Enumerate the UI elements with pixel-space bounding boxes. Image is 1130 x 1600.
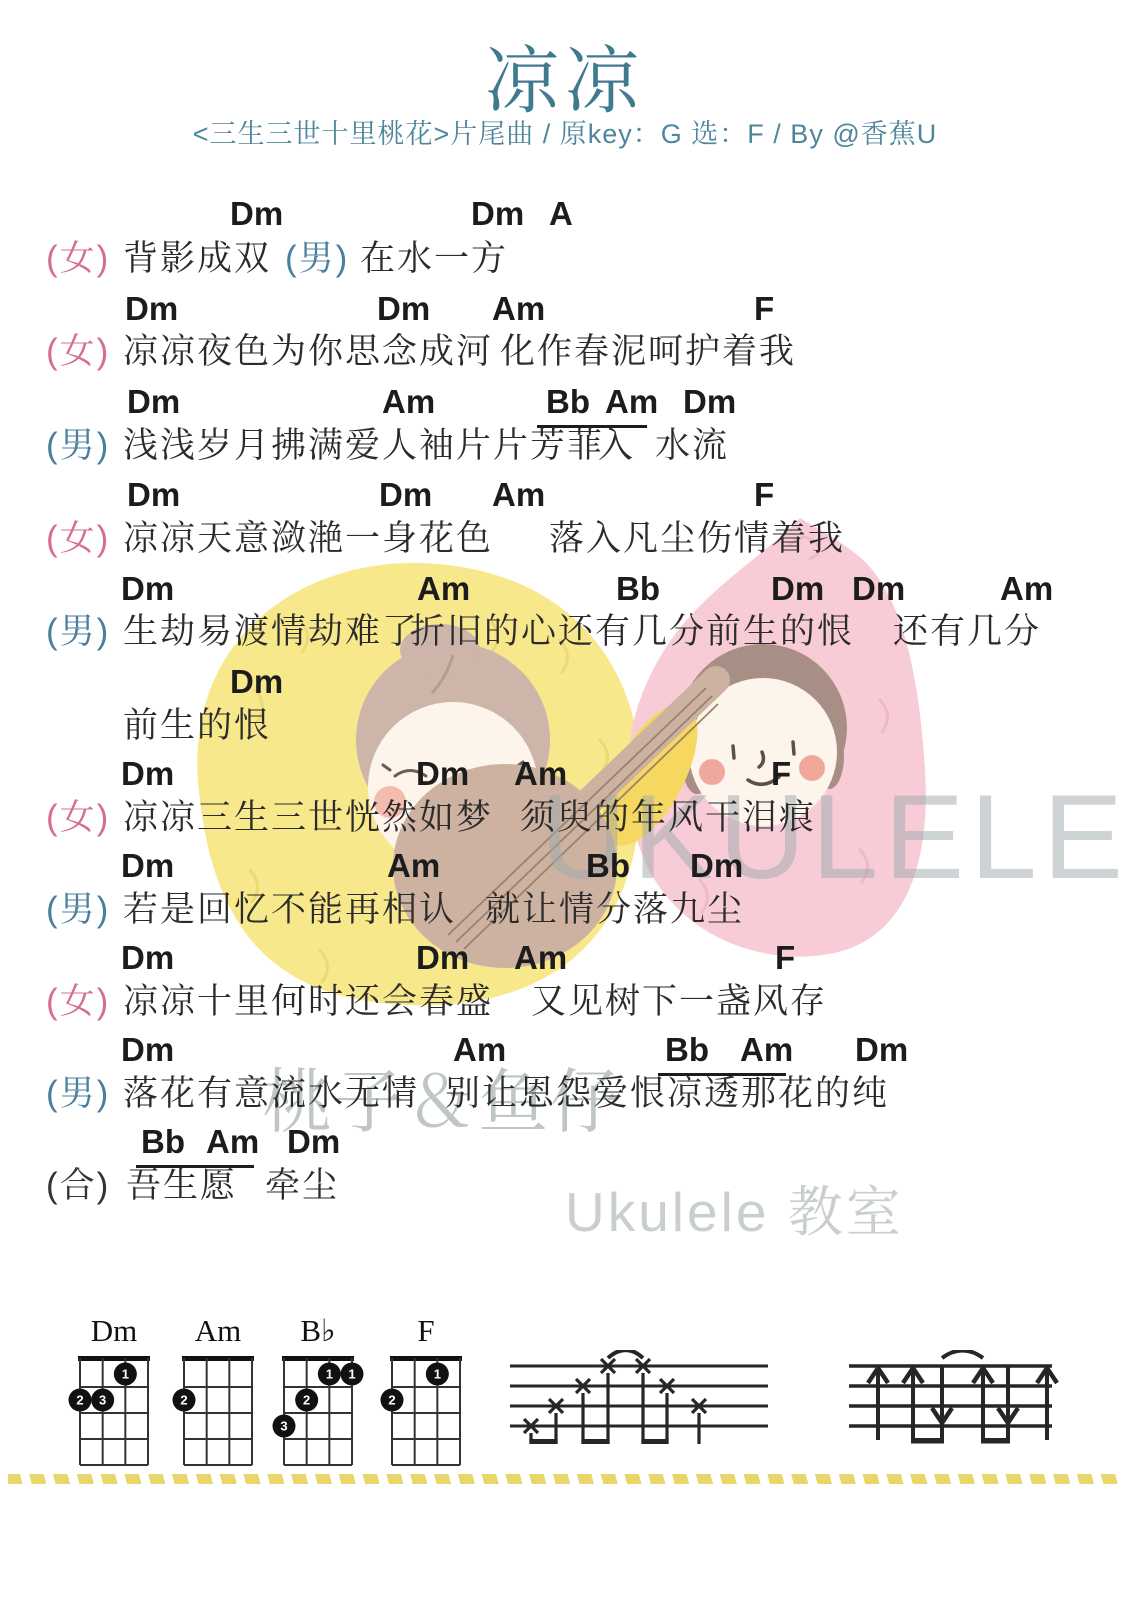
svg-text:2: 2: [388, 1393, 395, 1408]
lyric-segment: 入: [598, 427, 635, 466]
chord-label: Am: [453, 1033, 506, 1066]
chord-label: Am: [514, 757, 567, 790]
lyric-segment: 化作春泥呵护着我: [500, 333, 796, 372]
voice-tag-male: (男): [46, 1075, 110, 1114]
chord-diagram-name: Am: [172, 1312, 264, 1350]
chord-label: Am: [492, 292, 545, 325]
chord-label: A: [549, 197, 573, 230]
chord-label: Am: [382, 385, 435, 418]
chord-diagram-name: F: [380, 1312, 472, 1350]
chord-label: Am: [387, 849, 440, 882]
voice-tag-male: (男): [46, 427, 110, 466]
lyric-segment: 凉凉夜色为你思念成河: [123, 333, 493, 372]
lyric-segment: 水流: [655, 427, 729, 466]
chord-label: Am: [206, 1125, 259, 1158]
lyric-segment: 凉凉天意潋滟一身花色: [123, 520, 493, 559]
voice-tag-female: (女): [46, 520, 110, 559]
chord-label: Dm: [125, 292, 178, 325]
lyric-segment: 折旧的心还有几分前生的恨: [410, 613, 854, 652]
chord-label: Bb: [141, 1125, 185, 1158]
lyric-segment: 若是回忆不能再相认: [123, 891, 456, 930]
chord-label: F: [771, 757, 791, 790]
lyric-segment: 凉凉十里何时还会春盛: [123, 983, 493, 1022]
chord-label: Dm: [121, 757, 174, 790]
chord-label: Dm: [416, 941, 469, 974]
chord-label: F: [754, 292, 774, 325]
chord-label: Dm: [377, 292, 430, 325]
song-subtitle: <三生三世十里桃花>片尾曲 / 原key：G 选：F / By @香蕉U: [0, 112, 1130, 151]
chord-label: Dm: [471, 197, 524, 230]
svg-text:1: 1: [326, 1367, 333, 1382]
voice-tag-female: (女): [46, 799, 110, 838]
chord-label: Am: [740, 1033, 793, 1066]
chord-diagram-Am: Am2: [172, 1312, 264, 1473]
chord-diagram-Bb: B♭1123: [272, 1312, 364, 1473]
lyric-segment: 落入凡尘伤情着我: [549, 520, 845, 559]
chord-label: Dm: [852, 572, 905, 605]
lyric-segment: 落花有意流水无情: [123, 1075, 419, 1114]
chord-label: Am: [417, 572, 470, 605]
lyric-segment: 就让情分落九尘: [485, 891, 744, 930]
picking-pattern-tab: [495, 1350, 785, 1455]
strum-pattern-tab: [834, 1350, 1074, 1455]
voice-tag-female: (女): [46, 983, 110, 1022]
chord-label: Dm: [127, 385, 180, 418]
lyric-segment: 牵尘: [265, 1167, 339, 1206]
lyric-segment: 在水一方: [360, 240, 508, 279]
chord-label: Dm: [379, 478, 432, 511]
chord-diagram-F: F12: [380, 1312, 472, 1473]
chord-label: Bb: [665, 1033, 709, 1066]
chord-label: Am: [605, 385, 658, 418]
chord-label: Dm: [121, 572, 174, 605]
chord-sheet-page: UKULELE 桃子＆鱼仔 Ukulele 教室 凉凉 <三生三世十里桃花>片尾…: [0, 0, 1130, 1600]
chord-label: Dm: [121, 849, 174, 882]
chord-label: Dm: [230, 665, 283, 698]
chord-label: Bb: [546, 385, 590, 418]
lyric-segment: 背影成双: [123, 240, 271, 279]
lyric-segment: 别让恩怨爱恨凉透那花的纯: [445, 1075, 889, 1114]
chord-label: Am: [1000, 572, 1053, 605]
svg-text:2: 2: [303, 1393, 310, 1408]
chord-label: Am: [492, 478, 545, 511]
chord-label: Dm: [683, 385, 736, 418]
lyric-segment: 生劫易渡情劫难了: [123, 613, 419, 652]
lyric-segment: 还有几分: [893, 613, 1041, 652]
dashed-divider: [8, 1474, 1122, 1484]
lyric-segment: 前生的恨: [123, 707, 271, 746]
svg-text:3: 3: [280, 1419, 287, 1434]
chord-label: Dm: [127, 478, 180, 511]
chord-diagram-Dm: Dm123: [68, 1312, 160, 1473]
chord-label: F: [754, 478, 774, 511]
chord-diagram-name: B♭: [272, 1312, 364, 1350]
svg-text:3: 3: [99, 1393, 106, 1408]
chord-label: Dm: [855, 1033, 908, 1066]
lyric-segment: 吾生愿: [126, 1167, 237, 1206]
voice-tag-male: (男): [46, 613, 110, 652]
chord-label: Dm: [230, 197, 283, 230]
svg-text:1: 1: [122, 1367, 129, 1382]
chord-label: Dm: [287, 1125, 340, 1158]
lyric-segment: 须臾的年风干泪痕: [520, 799, 816, 838]
voice-tag-female: (女): [46, 240, 110, 279]
voice-tag-male: (男): [46, 891, 110, 930]
svg-text:2: 2: [76, 1393, 83, 1408]
chord-label: Bb: [616, 572, 660, 605]
chord-label: Dm: [416, 757, 469, 790]
lyric-segment: 凉凉三生三世恍然如梦: [123, 799, 493, 838]
chord-label: Bb: [586, 849, 630, 882]
voice-tag-female: (女): [46, 333, 110, 372]
voice-tag-all: (合): [46, 1167, 110, 1206]
svg-text:1: 1: [434, 1367, 441, 1382]
chord-label: Dm: [771, 572, 824, 605]
chord-diagram-name: Dm: [68, 1312, 160, 1350]
lyric-segment: 浅浅岁月拂满爱人袖: [123, 427, 456, 466]
lyric-segment: 又见树下一盏风存: [531, 983, 827, 1022]
chord-label: Dm: [690, 849, 743, 882]
svg-text:2: 2: [180, 1393, 187, 1408]
lyric-segment: 片片芳菲: [456, 427, 604, 466]
chord-label: Dm: [121, 1033, 174, 1066]
chord-label: F: [775, 941, 795, 974]
voice-tag-male: (男): [285, 240, 349, 279]
svg-text:1: 1: [348, 1367, 355, 1382]
chord-label: Dm: [121, 941, 174, 974]
chord-label: Am: [514, 941, 567, 974]
